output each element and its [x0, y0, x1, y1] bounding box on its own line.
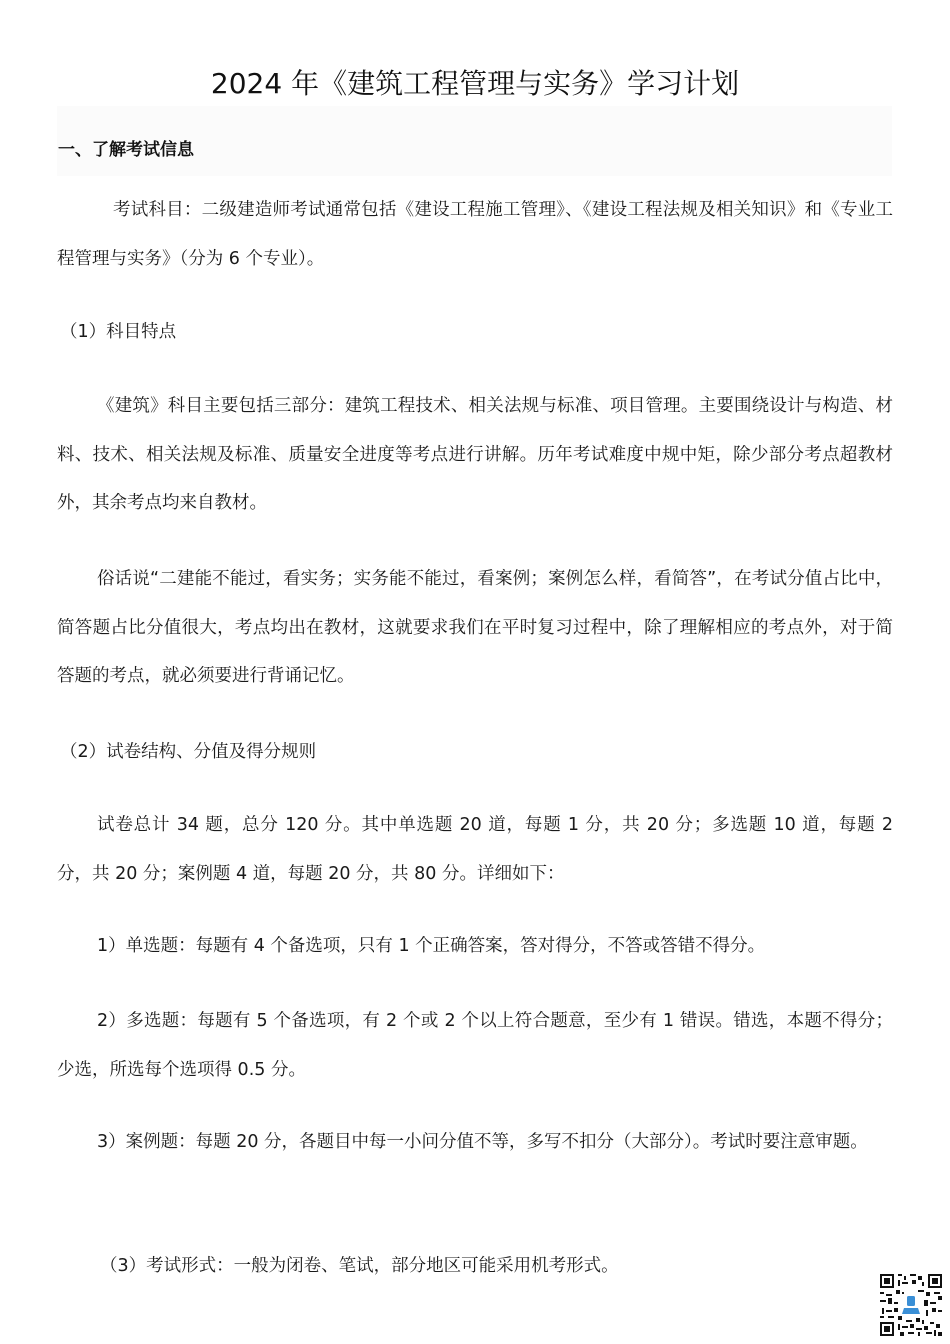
subject-features-paragraph: 《建筑》科目主要包括三部分：建筑工程技术、相关法规与标准、项目管理。主要围绕设计… — [57, 382, 893, 528]
document-page: 2024 年《建筑工程管理与实务》学习计划 一、了解考试信息 考试科目：二级建造… — [0, 0, 950, 1344]
rule-case-study: 3）案例题：每题 20 分，各题目中每一小问分值不等，多写不扣分（大部分）。考试… — [57, 1118, 893, 1167]
paper-structure-summary: 试卷总计 34 题，总分 120 分。其中单选题 20 道，每题 1 分，共 2… — [57, 801, 893, 898]
section-heading-1: 一、了解考试信息 — [58, 137, 194, 163]
exam-format-text: （3）考试形式：一般为闭卷、笔试，部分地区可能采用机考形式。 — [100, 1252, 619, 1280]
subsection-heading-paper-structure: （2）试卷结构、分值及得分规则 — [60, 738, 316, 766]
qr-code-icon — [878, 1272, 944, 1338]
rule-single-choice: 1）单选题：每题有 4 个备选项，只有 1 个正确答案，答对得分，不答或答错不得… — [57, 922, 893, 971]
rule-multiple-choice: 2）多选题：每题有 5 个备选项，有 2 个或 2 个以上符合题意，至少有 1 … — [57, 997, 893, 1094]
key-saying-paragraph: 俗话说“二建能不能过，看实务；实务能不能过，看案例；案例怎么样，看简答”，在考试… — [57, 555, 893, 701]
document-title: 2024 年《建筑工程管理与实务》学习计划 — [0, 64, 950, 104]
subsection-heading-subject-features: （1）科目特点 — [60, 318, 176, 346]
exam-subjects-paragraph: 考试科目：二级建造师考试通常包括《建设工程施工管理》、《建设工程法规及相关知识》… — [57, 186, 893, 283]
